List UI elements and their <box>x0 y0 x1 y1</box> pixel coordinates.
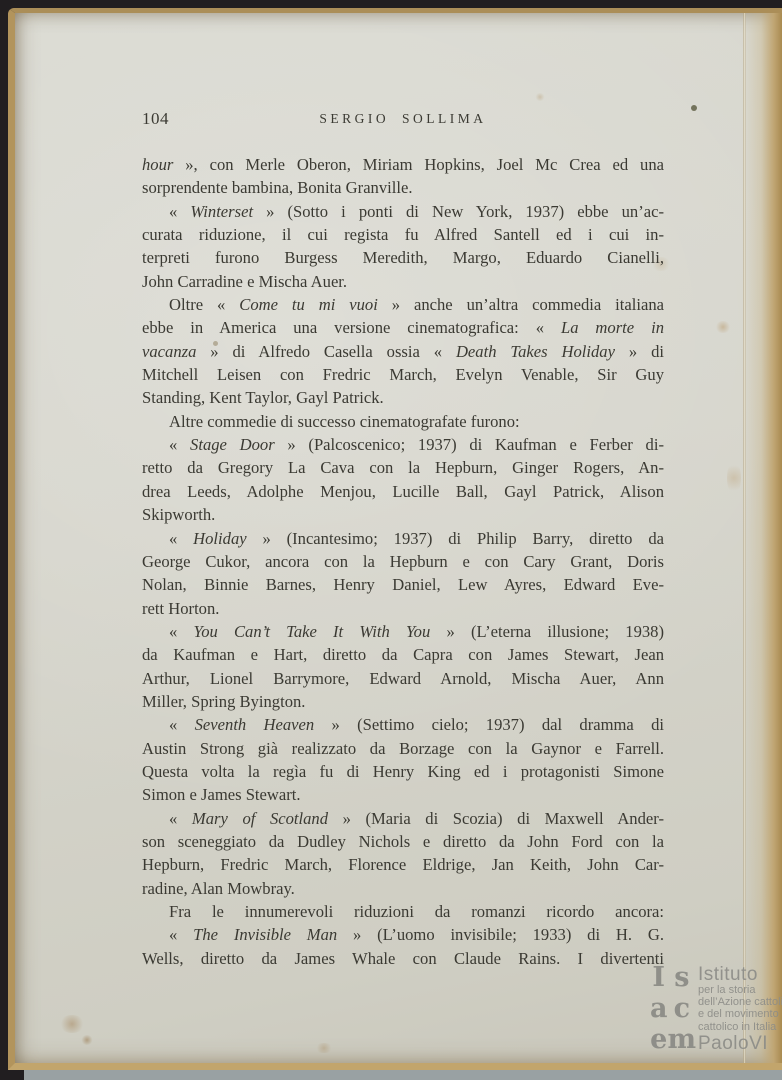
paragraph: Altre commedie di successo cinematografa… <box>142 410 664 433</box>
body-text: terpreti furono Burgess Meredith, Margo,… <box>142 248 664 267</box>
body-text: « <box>169 925 193 944</box>
paragraph: « Seventh Heaven » (Settimo cielo; 1937)… <box>142 713 664 806</box>
text-block: hour », con Merle Oberon, Miriam Hopkins… <box>142 153 664 970</box>
isacem-stamp-line: e del movimento <box>698 1009 782 1021</box>
paragraph: Fra le innumerevoli riduzioni da romanzi… <box>142 900 664 923</box>
film-title: You Can’t Take It With You <box>193 622 430 641</box>
body-text: » (L’eterna illusione; 1938) <box>430 622 664 641</box>
isacem-stamp-line: per la storia <box>698 985 782 997</box>
body-text: « <box>169 715 195 734</box>
isacem-logo-letter: c <box>668 996 697 1022</box>
scanned-book-photo: 104 SERGIO SOLLIMA hour », con Merle Obe… <box>0 0 782 1080</box>
text-line: da Kaufman e Hart, diretto da Capra con … <box>142 643 664 666</box>
text-line: « Seventh Heaven » (Settimo cielo; 1937)… <box>142 713 664 736</box>
body-text: « <box>169 809 192 828</box>
text-line: vacanza » di Alfredo Casella ossia « Dea… <box>142 340 664 363</box>
body-text: radine, Alan Mowbray. <box>142 879 295 898</box>
text-line: « You Can’t Take It With You » (L’eterna… <box>142 620 664 643</box>
body-text: « <box>169 202 190 221</box>
film-title: Winterset <box>190 202 253 221</box>
isacem-logo-letter: e <box>650 1027 668 1053</box>
body-text: » (Maria di Scozia) di Maxwell Ander- <box>328 809 664 828</box>
body-text: son sceneggiato da Dudley Nichols e dire… <box>142 832 664 851</box>
film-title: Stage Door <box>190 435 275 454</box>
film-title: Come tu mi vuoi <box>239 295 378 314</box>
text-line: « Stage Door » (Palcoscenico; 1937) di K… <box>142 433 664 456</box>
film-title: vacanza <box>142 342 196 361</box>
paragraph: « Holiday » (Incantesimo; 1937) di Phili… <box>142 527 664 620</box>
body-text: Questa volta la regìa fu di Henry King e… <box>142 762 664 781</box>
text-line: George Cukor, ancora con la Hepburn e co… <box>142 550 664 573</box>
text-line: John Carradine e Mischa Auer. <box>142 270 664 293</box>
body-text: Skipworth. <box>142 505 215 524</box>
body-text: da Kaufman e Hart, diretto da Capra con … <box>142 645 664 664</box>
body-text: Nolan, Binnie Barnes, Henry Daniel, Lew … <box>142 575 664 594</box>
body-text: Arthur, Lionel Barrymore, Edward Arnold,… <box>142 669 664 688</box>
body-text: George Cukor, ancora con la Hepburn e co… <box>142 552 664 571</box>
film-title: Death Takes Holiday <box>456 342 615 361</box>
text-line: Miller, Spring Byington. <box>142 690 664 713</box>
paragraph: « The Invisible Man » (L’uomo invisibile… <box>142 923 664 970</box>
text-line: Fra le innumerevoli riduzioni da romanzi… <box>142 900 664 923</box>
text-line: « Mary of Scotland » (Maria di Scozia) d… <box>142 807 664 830</box>
isacem-logo-letter: m <box>668 1027 697 1053</box>
paragraph: « You Can’t Take It With You » (L’eterna… <box>142 620 664 713</box>
film-title: Holiday <box>193 529 246 548</box>
page-content: 104 SERGIO SOLLIMA hour », con Merle Obe… <box>15 13 782 1063</box>
body-text: » (L’uomo invisibile; 1933) di H. G. <box>337 925 664 944</box>
running-header-title: SERGIO SOLLIMA <box>142 111 664 127</box>
isacem-stamp-line: dell’Azione cattolica <box>698 997 782 1009</box>
text-line: Mitchell Leisen con Fredric March, Evely… <box>142 363 664 386</box>
body-text: » (Settimo cielo; 1937) dal dramma di <box>314 715 664 734</box>
isacem-logo-letter: s <box>668 965 697 991</box>
body-text: « <box>169 435 190 454</box>
text-line: terpreti furono Burgess Meredith, Margo,… <box>142 246 664 269</box>
isacem-stamp: Isacem Istitutoper la storiadell’Azione … <box>650 965 772 1053</box>
text-line: Nolan, Binnie Barnes, Henry Daniel, Lew … <box>142 573 664 596</box>
body-text: » anche un’altra commedia italiana <box>378 295 664 314</box>
film-title: hour <box>142 155 173 174</box>
isacem-stamp-line: Istituto <box>698 965 782 984</box>
body-text: Austin Strong già realizzato da Borzage … <box>142 739 664 758</box>
film-title: La morte in <box>561 318 664 337</box>
text-line: Altre commedie di successo cinematografa… <box>142 410 664 433</box>
text-line: Wells, diretto da James Whale con Claude… <box>142 947 664 970</box>
text-line: Skipworth. <box>142 503 664 526</box>
body-text: », con Merle Oberon, Miriam Hopkins, Joe… <box>173 155 664 174</box>
text-line: Hepburn, Fredric March, Florence Eldrige… <box>142 853 664 876</box>
body-text: Simon e James Stewart. <box>142 785 301 804</box>
text-line: Austin Strong già realizzato da Borzage … <box>142 737 664 760</box>
body-text: » di Alfredo Casella ossia « <box>196 342 456 361</box>
body-text: ebbe in America una versione cinematogra… <box>142 318 561 337</box>
paragraph: « Mary of Scotland » (Maria di Scozia) d… <box>142 807 664 900</box>
text-line: drea Leeds, Adolphe Menjou, Lucille Ball… <box>142 480 664 503</box>
body-text: Wells, diretto da James Whale con Claude… <box>142 949 664 968</box>
isacem-logo-letter: a <box>650 996 668 1022</box>
body-text: rett Horton. <box>142 599 219 618</box>
body-text: « <box>169 622 193 641</box>
paragraph: Oltre « Come tu mi vuoi » anche un’altra… <box>142 293 664 410</box>
text-line: hour », con Merle Oberon, Miriam Hopkins… <box>142 153 664 176</box>
body-text: » (Incantesimo; 1937) di Philip Barry, d… <box>247 529 664 548</box>
film-title: Seventh Heaven <box>195 715 315 734</box>
body-text: » di <box>615 342 664 361</box>
body-text: curata riduzione, il cui regista fu Alfr… <box>142 225 664 244</box>
text-line: son sceneggiato da Dudley Nichols e dire… <box>142 830 664 853</box>
isacem-logo-letter: I <box>650 965 668 991</box>
body-text: Standing, Kent Taylor, Gayl Patrick. <box>142 388 384 407</box>
body-text: Miller, Spring Byington. <box>142 692 305 711</box>
body-text: sorprendente bambina, Bonita Granville. <box>142 178 413 197</box>
text-line: Arthur, Lionel Barrymore, Edward Arnold,… <box>142 667 664 690</box>
isacem-stamp-line: PaoloVI <box>698 1034 782 1053</box>
body-text: John Carradine e Mischa Auer. <box>142 272 347 291</box>
film-title: The Invisible Man <box>193 925 337 944</box>
text-line: retto da Gregory La Cava con la Hepburn,… <box>142 456 664 479</box>
paragraph: « Winterset » (Sotto i ponti di New York… <box>142 200 664 293</box>
isacem-stamp-text: Istitutoper la storiadell’Azione cattoli… <box>694 965 782 1053</box>
text-line: Standing, Kent Taylor, Gayl Patrick. <box>142 386 664 409</box>
body-text: « <box>169 529 193 548</box>
text-line: « The Invisible Man » (L’uomo invisibile… <box>142 923 664 946</box>
body-text: drea Leeds, Adolphe Menjou, Lucille Ball… <box>142 482 664 501</box>
isacem-logo-letters: Isacem <box>650 965 694 1053</box>
film-title: Mary of Scotland <box>192 809 328 828</box>
body-text: Hepburn, Fredric March, Florence Eldrige… <box>142 855 664 874</box>
isacem-stamp-line: cattolico in Italia <box>698 1022 782 1034</box>
text-line: sorprendente bambina, Bonita Granville. <box>142 176 664 199</box>
text-line: Simon e James Stewart. <box>142 783 664 806</box>
paragraph: « Stage Door » (Palcoscenico; 1937) di K… <box>142 433 664 526</box>
running-head: 104 SERGIO SOLLIMA <box>142 109 664 131</box>
body-text: Mitchell Leisen con Fredric March, Evely… <box>142 365 664 384</box>
text-line: radine, Alan Mowbray. <box>142 877 664 900</box>
body-text: Oltre « <box>169 295 239 314</box>
text-line: rett Horton. <box>142 597 664 620</box>
body-text: » (Sotto i ponti di New York, 1937) ebbe… <box>253 202 664 221</box>
paragraph: hour », con Merle Oberon, Miriam Hopkins… <box>142 153 664 200</box>
body-text: » (Palcoscenico; 1937) di Kaufman e Ferb… <box>275 435 664 454</box>
text-line: « Winterset » (Sotto i ponti di New York… <box>142 200 664 223</box>
book-page: 104 SERGIO SOLLIMA hour », con Merle Obe… <box>8 8 782 1070</box>
text-line: « Holiday » (Incantesimo; 1937) di Phili… <box>142 527 664 550</box>
body-text: Altre commedie di successo cinematografa… <box>169 412 520 431</box>
scanner-strip <box>24 1070 782 1080</box>
body-text: Fra le innumerevoli riduzioni da romanzi… <box>169 902 664 921</box>
text-line: Oltre « Come tu mi vuoi » anche un’altra… <box>142 293 664 316</box>
text-line: Questa volta la regìa fu di Henry King e… <box>142 760 664 783</box>
text-line: curata riduzione, il cui regista fu Alfr… <box>142 223 664 246</box>
body-text: retto da Gregory La Cava con la Hepburn,… <box>142 458 664 477</box>
text-line: ebbe in America una versione cinematogra… <box>142 316 664 339</box>
